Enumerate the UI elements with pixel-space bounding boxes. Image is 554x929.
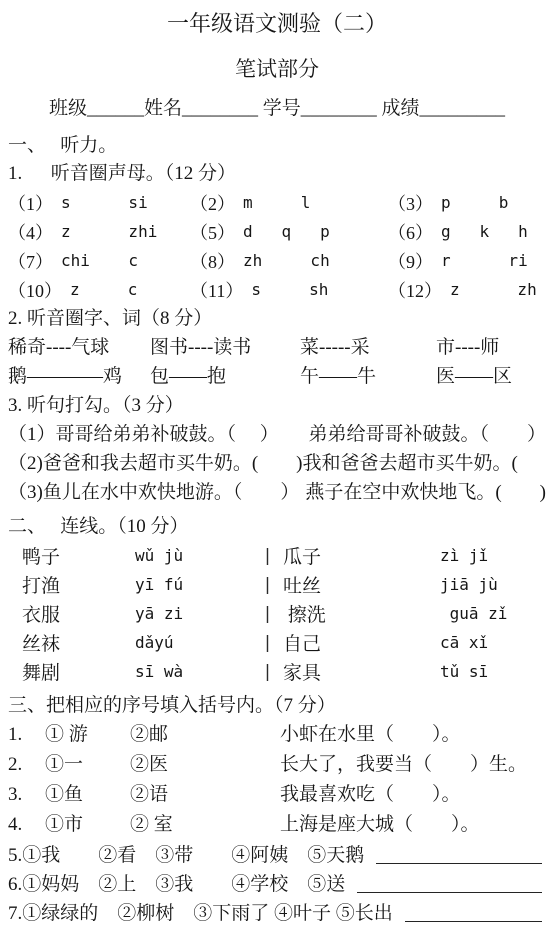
right-word: 吐丝 [283, 571, 440, 598]
initials-item: （3）p b [388, 188, 546, 217]
left-word: 舞剧 [22, 658, 135, 685]
q1-title: 1. 听音圈声母。（12 分） [8, 159, 546, 188]
student-info-line: 班级______姓名________ 学号________ 成绩________… [8, 97, 546, 121]
choice-sentence: 长大了，我要当（ ）生。 [280, 750, 546, 780]
q2-word-pairs: 稀奇----气球 图书----读书 菜-----采 市----师 鹅————鸡 … [8, 333, 546, 391]
choice-row: 3. ①鱼 ②语 我最喜欢吃（ ）。 [8, 780, 546, 810]
initials-item: （2）m l [190, 188, 388, 217]
left-word: 丝袜 [22, 629, 135, 656]
page-subtitle: 笔试部分 [8, 55, 546, 83]
choice-sentence: 我最喜欢吃（ ）。 [280, 780, 546, 810]
choice-row: 1. ① 游 ②邮 小虾在水里（ ）。 [8, 720, 546, 750]
sentence-left: （1）哥哥给弟弟补破鼓。（ ） [8, 420, 279, 449]
word-pair: 鹅————鸡 [8, 362, 150, 391]
right-pinyin: guā zǐ [440, 604, 546, 623]
initials-item: （4）z zhi [8, 217, 190, 246]
choice-option: ②医 [130, 750, 280, 780]
matching-block: 鸭子 wǔ jù | 瓜子 zì jǐ 打渔 yī fú | 吐丝 jiā jù… [22, 541, 546, 686]
order-options: 6.①妈妈 ②上 ③我 ④学校 ⑤送 [8, 871, 345, 898]
choice-option: ②邮 [130, 720, 280, 750]
column-divider: | [252, 633, 283, 653]
item-number: （10） [8, 277, 62, 303]
initials-item: （9）r ri [388, 246, 546, 275]
word-pair: 包——抱 [150, 362, 300, 391]
item-options: z c [70, 280, 137, 299]
word-pair: 稀奇----气球 [8, 333, 150, 362]
answer-blank [376, 863, 542, 864]
left-pinyin: sī wà [135, 662, 252, 681]
sentence-check-row: （1）哥哥给弟弟补破鼓。（ ） 弟弟给哥哥补破鼓。（ ） [8, 420, 546, 449]
left-pinyin: dǎyú [135, 633, 252, 652]
word-pair: 午——牛 [300, 362, 436, 391]
q2-title: 2. 听音圈字、词（8 分） [8, 304, 546, 333]
left-word: 打渔 [22, 571, 135, 598]
match-row: 丝袜 dǎyú | 自己 cā xǐ [22, 628, 546, 657]
choice-option: ①一 [45, 750, 130, 780]
page-title: 一年级语文测验（二） [8, 8, 546, 39]
q3-title: 3. 听句打勾。（3 分） [8, 391, 546, 420]
sentence-left: （2)爸爸和我去超市买牛奶。( ) [8, 449, 302, 478]
word-pair: 图书----读书 [150, 333, 300, 362]
item-options: p b [441, 193, 508, 212]
word-pair: 菜-----采 [300, 333, 436, 362]
item-options: chi c [61, 251, 138, 270]
right-pinyin: cā xǐ [440, 633, 546, 652]
sentence-check-row: （3)鱼儿在水中欢快地游。（ ） 燕子在空中欢快地飞。( ) [8, 478, 546, 507]
match-row: 舞剧 sī wà | 家具 tǔ sī [22, 657, 546, 686]
column-divider: | [252, 662, 283, 682]
item-number: （3） [388, 190, 433, 216]
item-options: z zhi [61, 222, 157, 241]
match-row: 鸭子 wǔ jù | 瓜子 zì jǐ [22, 541, 546, 570]
order-row: 6.①妈妈 ②上 ③我 ④学校 ⑤送 [8, 869, 546, 898]
row-number: 3. [8, 780, 45, 810]
choice-row: 4. ①市 ② 室 上海是座大城（ ）。 [8, 810, 546, 840]
order-options: 7.①绿绿的 ②柳树 ③下雨了 ④叶子 ⑤长出 [8, 900, 393, 927]
initials-item: （1）s si [8, 188, 190, 217]
choice-sentence: 小虾在水里（ ）。 [280, 720, 546, 750]
q1-items: （1）s si （2）m l （3）p b （4）z zhi （5）d q p … [8, 188, 546, 304]
choice-row: 2. ①一 ②医 长大了，我要当（ ）生。 [8, 750, 546, 780]
right-word: 擦洗 [283, 600, 440, 627]
order-options: 5.①我 ②看 ③带 ④阿姨 ⑤天鹅 [8, 842, 364, 869]
item-number: （5） [190, 219, 235, 245]
answer-blank [405, 921, 542, 922]
word-pair: 医——区 [436, 362, 546, 391]
item-number: （4） [8, 219, 53, 245]
sentence-left: （3)鱼儿在水中欢快地游。（ ） [8, 478, 299, 507]
initials-item: （11）s sh [190, 275, 388, 304]
section2-heading: 二、 连线。（10 分） [8, 513, 546, 541]
left-word: 衣服 [22, 600, 135, 627]
choice-option: ② 室 [130, 810, 280, 840]
initials-item: （7）chi c [8, 246, 190, 275]
column-divider: | [252, 546, 283, 566]
item-options: s si [61, 193, 148, 212]
sentence-right: 弟弟给哥哥补破鼓。（ ） [308, 420, 546, 449]
initials-item: （12）z zh [388, 275, 546, 304]
row-number: 1. [8, 720, 45, 750]
order-row: 5.①我 ②看 ③带 ④阿姨 ⑤天鹅 [8, 840, 546, 869]
column-divider: | [252, 575, 283, 595]
left-pinyin: yā zi [135, 604, 252, 623]
left-pinyin: yī fú [135, 575, 252, 594]
right-pinyin: zì jǐ [440, 546, 546, 565]
section1-heading: 一、 听力。 [8, 133, 546, 159]
sentence-right: 我和爸爸去超市买牛奶。( ) [302, 449, 554, 478]
test-paper: 一年级语文测验（二） 笔试部分 班级______姓名________ 学号___… [0, 0, 554, 929]
item-number: （1） [8, 190, 53, 216]
choice-option: ①鱼 [45, 780, 130, 810]
choice-sentence: 上海是座大城（ ）。 [280, 810, 546, 840]
left-word: 鸭子 [22, 542, 135, 569]
initials-item: （8）zh ch [190, 246, 388, 275]
row-number: 4. [8, 810, 45, 840]
right-word: 自己 [283, 629, 440, 656]
item-options: g k h [441, 222, 528, 241]
item-number: （2） [190, 190, 235, 216]
order-row: 7.①绿绿的 ②柳树 ③下雨了 ④叶子 ⑤长出 [8, 898, 546, 927]
item-options: s sh [251, 280, 328, 299]
item-number: （11） [190, 277, 243, 303]
item-options: m l [243, 193, 310, 212]
right-word: 家具 [283, 658, 440, 685]
choice-option: ① 游 [45, 720, 130, 750]
item-number: （12） [388, 277, 442, 303]
initials-item: （10）z c [8, 275, 190, 304]
initials-item: （6）g k h [388, 217, 546, 246]
column-divider: | [252, 604, 283, 624]
right-pinyin: jiā jù [440, 575, 546, 594]
row-number: 2. [8, 750, 45, 780]
right-pinyin: tǔ sī [440, 662, 546, 681]
answer-blank [357, 892, 542, 893]
match-row: 衣服 yā zi | 擦洗 guā zǐ [22, 599, 546, 628]
item-options: z zh [450, 280, 537, 299]
choice-option: ②语 [130, 780, 280, 810]
item-options: zh ch [243, 251, 330, 270]
match-row: 打渔 yī fú | 吐丝 jiā jù [22, 570, 546, 599]
section3-heading: 三、把相应的序号填入括号内。（7 分） [8, 692, 546, 720]
right-word: 瓜子 [283, 542, 440, 569]
word-pair: 市----师 [436, 333, 546, 362]
item-options: r ri [441, 251, 528, 270]
left-pinyin: wǔ jù [135, 546, 252, 565]
item-number: （7） [8, 248, 53, 274]
item-number: （6） [388, 219, 433, 245]
item-number: （9） [388, 248, 433, 274]
initials-item: （5）d q p [190, 217, 388, 246]
sentence-check-row: （2)爸爸和我去超市买牛奶。( ) 我和爸爸去超市买牛奶。( ) [8, 449, 546, 478]
item-number: （8） [190, 248, 235, 274]
choice-option: ①市 [45, 810, 130, 840]
sentence-right: 燕子在空中欢快地飞。( ) [305, 478, 546, 507]
item-options: d q p [243, 222, 330, 241]
